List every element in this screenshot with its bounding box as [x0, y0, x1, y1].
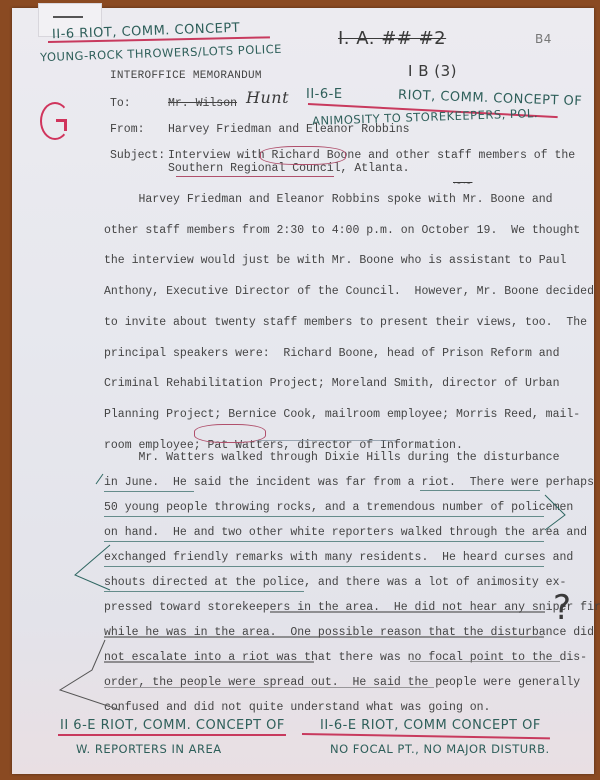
bottom-left-red-underline — [58, 734, 286, 736]
bottom-left-annotation-line1: II 6-E RIOT, COMM. CONCEPT OF — [60, 718, 285, 733]
bottom-left-annotation-line2: W. REPORTERS IN AREA — [76, 742, 222, 756]
bottom-right-annotation-line1: II-6-E RIOT, COMM CONCEPT OF — [320, 718, 541, 733]
margin-brackets — [0, 0, 600, 780]
bottom-right-annotation-line2: NO FOCAL PT., NO MAJOR DISTURB. — [330, 742, 550, 756]
margin-question-mark: ? — [553, 588, 572, 628]
